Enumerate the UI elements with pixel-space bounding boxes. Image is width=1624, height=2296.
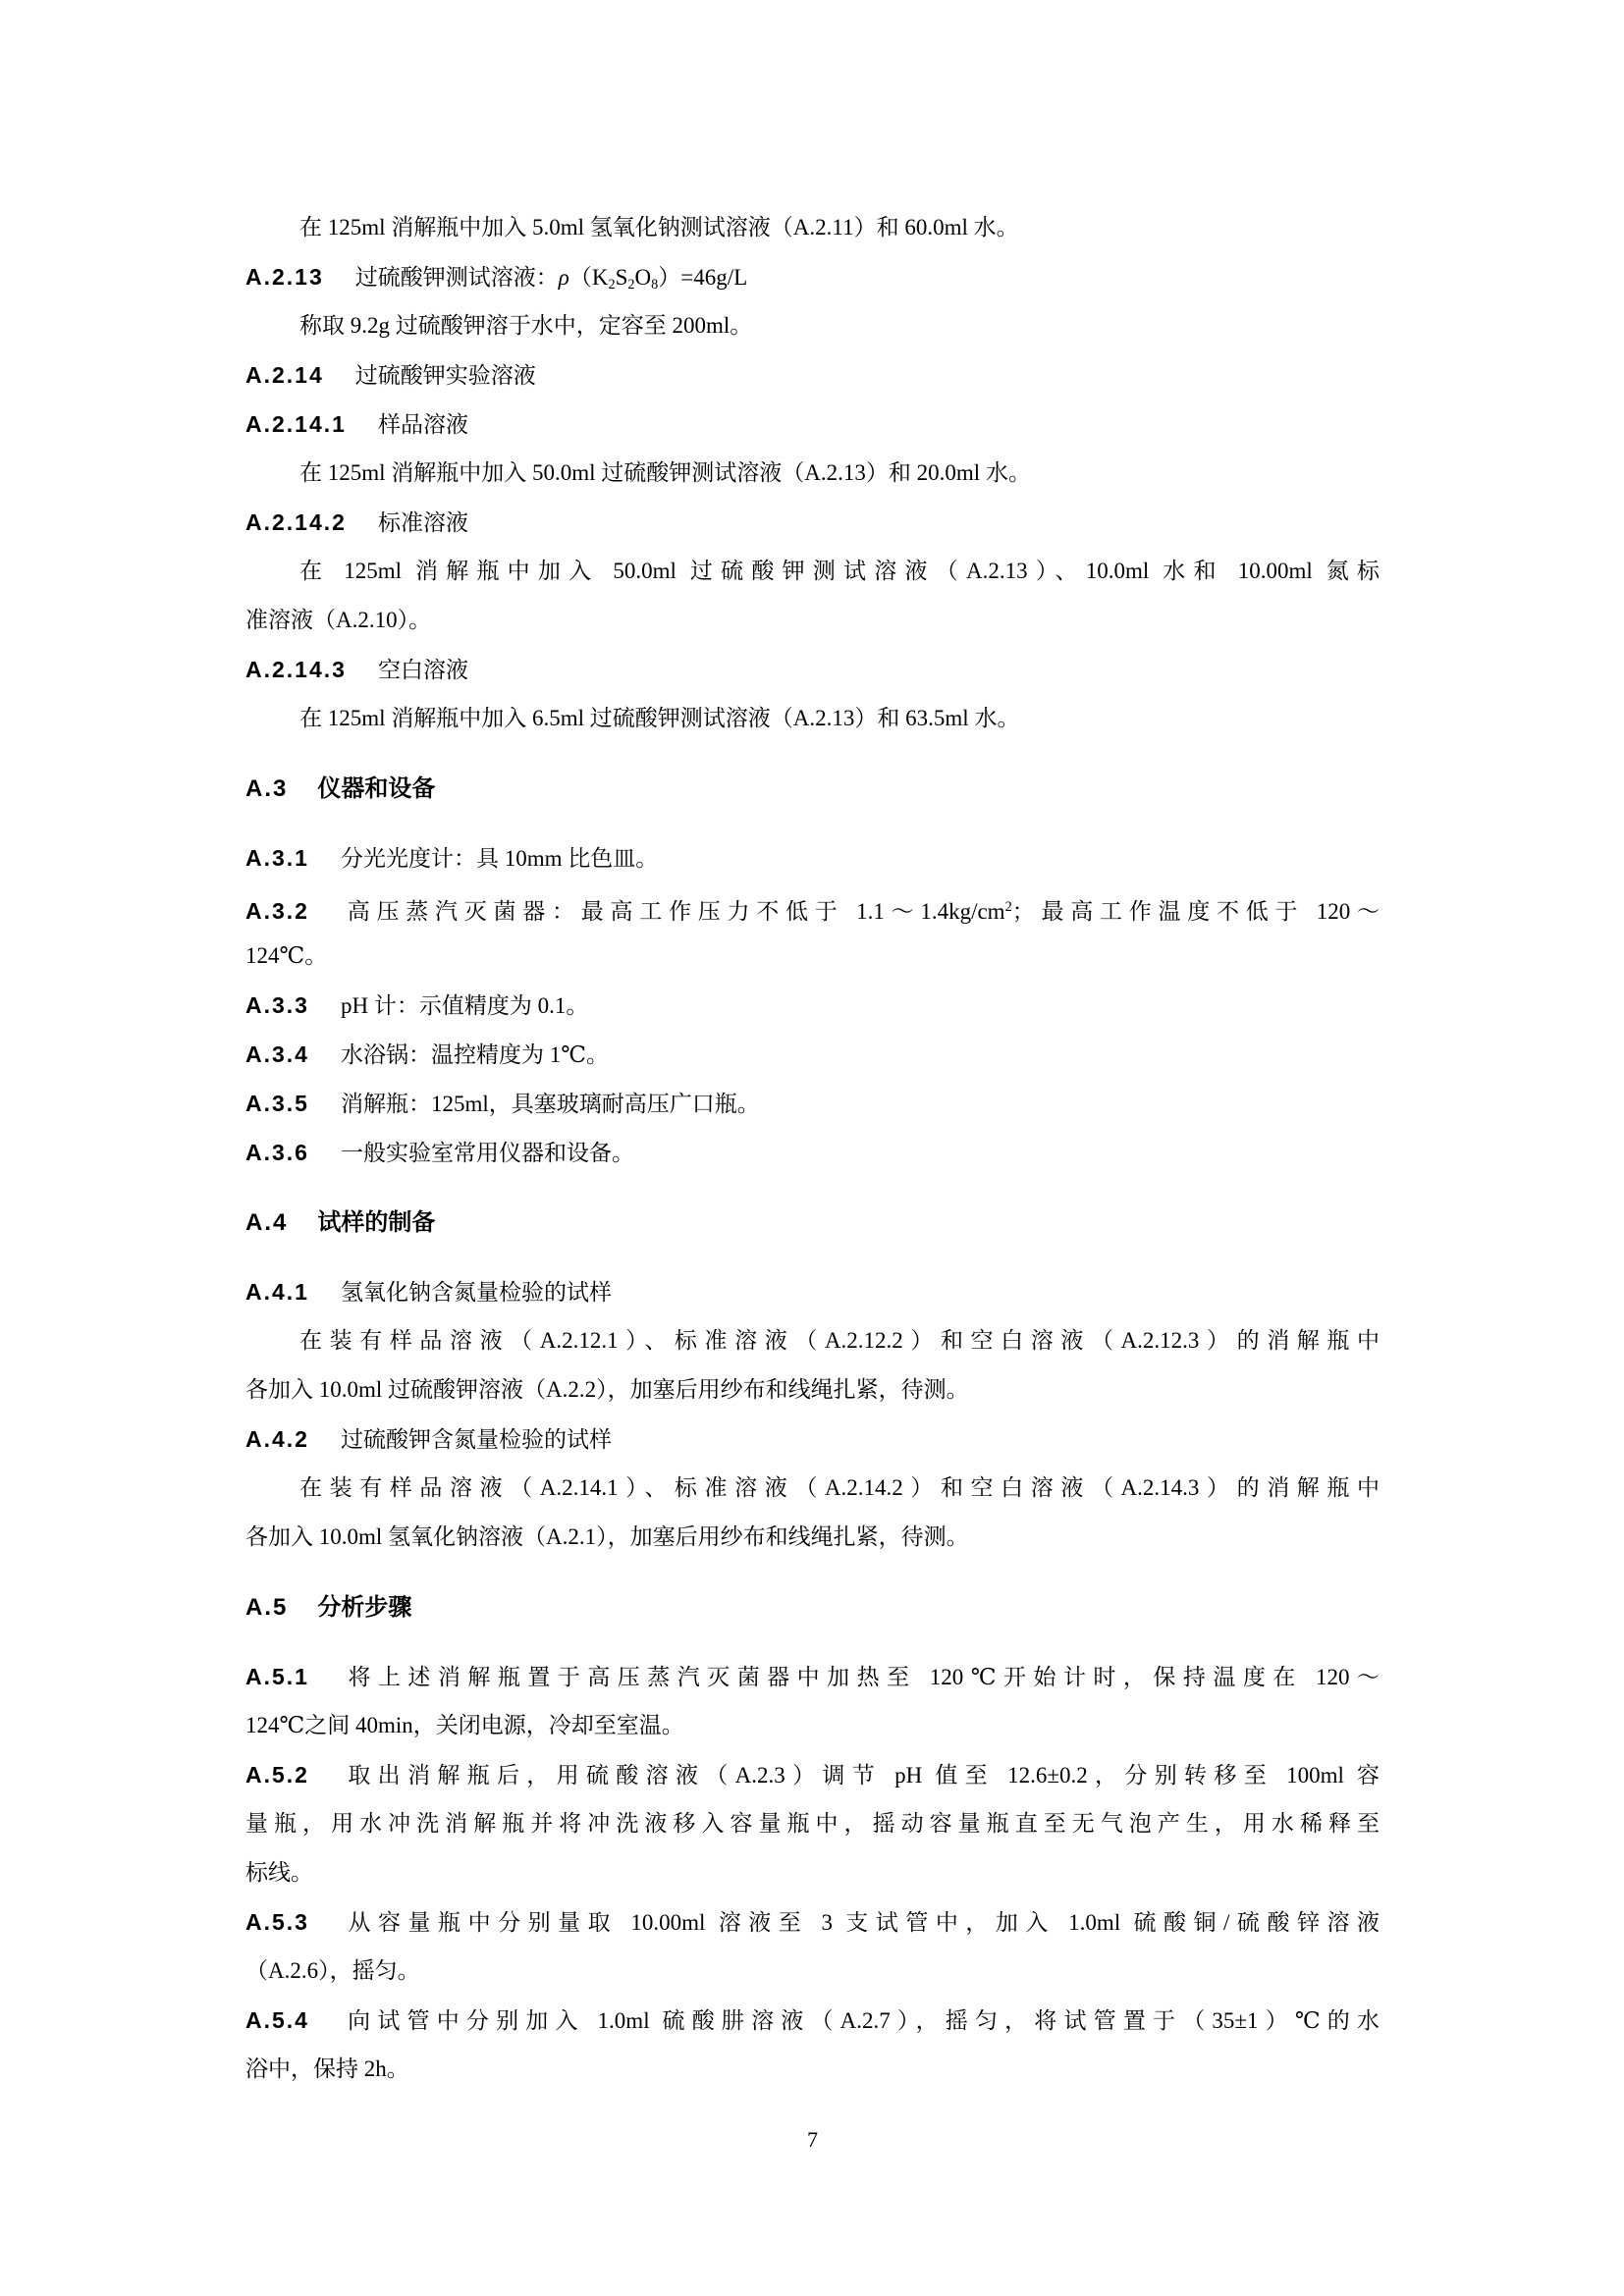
page-number-text: 7 (807, 2127, 818, 2152)
para-a5-3-line2: （A.2.6），摇匀。 (245, 1947, 1380, 1996)
para-text: 称取 9.2g 过硫酸钾溶于水中，定容至 200ml。 (299, 313, 752, 338)
clause-number: A.2.14 (245, 362, 324, 388)
page-content: 在 125ml 消解瓶中加入 5.0ml 氢氧化钠测试溶液（A.2.11）和 6… (0, 0, 1624, 2164)
clause-number: A.3.2 (245, 898, 309, 924)
clause-a4-2: A.4.2过硫酸钾含氮量检验的试样 (245, 1415, 1380, 1464)
section-number: A.5 (245, 1594, 288, 1621)
section-number: A.4 (245, 1209, 288, 1236)
para-text: 各加入 10.0ml 氢氧化钠溶液（A.2.1），加塞后用纱布和线绳扎紧，待测。 (245, 1524, 969, 1549)
clause-a3-6: A.3.6一般实验室常用仪器和设备。 (245, 1128, 1380, 1177)
clause-number: A.2.13 (245, 264, 324, 290)
clause-number: A.2.14.2 (245, 509, 347, 535)
clause-title: 过硫酸钾实验溶液 (355, 363, 536, 388)
formula-text: （K (569, 265, 609, 290)
para-text: 在装有样品溶液（A.2.12.1）、标准溶液（A.2.12.2）和空白溶液（A.… (299, 1328, 1380, 1353)
para-a4-2-line1: 在装有样品溶液（A.2.14.1）、标准溶液（A.2.14.2）和空白溶液（A.… (245, 1464, 1380, 1513)
section-heading-a3: A.3仪器和设备 (245, 765, 1380, 814)
para-naoh-test-solution: 在 125ml 消解瓶中加入 5.0ml 氢氧化钠测试溶液（A.2.11）和 6… (245, 203, 1380, 252)
section-number: A.3 (245, 775, 288, 802)
para-a2-14-1: 在 125ml 消解瓶中加入 50.0ml 过硫酸钾测试溶液（A.2.13）和 … (245, 449, 1380, 498)
para-a4-2-line2: 各加入 10.0ml 氢氧化钠溶液（A.2.1），加塞后用纱布和线绳扎紧，待测。 (245, 1513, 1380, 1562)
document-page: 在 125ml 消解瓶中加入 5.0ml 氢氧化钠测试溶液（A.2.11）和 6… (0, 0, 1624, 2296)
clause-a3-1: A.3.1分光光度计：具 10mm 比色皿。 (245, 833, 1380, 882)
para-text: 在 125ml 消解瓶中加入 50.0ml 过硫酸钾测试溶液（A.2.13）、1… (299, 559, 1380, 583)
clause-a3-4: A.3.4水浴锅：温控精度为 1℃。 (245, 1030, 1380, 1079)
clause-a5-2: A.5.2取出消解瓶后，用硫酸溶液（A.2.3）调节 pH 值至 12.6±0.… (245, 1750, 1380, 1799)
clause-number: A.3.4 (245, 1041, 309, 1067)
para-text: 标线。 (245, 1860, 313, 1885)
para-a5-2-line3: 标线。 (245, 1848, 1380, 1897)
para-a2-14-2-line1: 在 125ml 消解瓶中加入 50.0ml 过硫酸钾测试溶液（A.2.13）、1… (245, 547, 1380, 596)
clause-text: ；最高工作温度不低于 120～ (1012, 899, 1380, 924)
section-title: 分析步骤 (317, 1594, 411, 1621)
clause-number: A.3.1 (245, 845, 309, 871)
para-text: 在 125ml 消解瓶中加入 50.0ml 过硫酸钾测试溶液（A.2.13）和 … (299, 460, 1031, 485)
page-number: 7 (245, 2115, 1380, 2164)
clause-a2-14-2: A.2.14.2标准溶液 (245, 498, 1380, 547)
clause-text: 一般实验室常用仪器和设备。 (341, 1141, 634, 1165)
clause-number: A.5.3 (245, 1909, 309, 1935)
para-text: 浴中，保持 2h。 (245, 2056, 409, 2081)
para-text: 准溶液（A.2.10）。 (245, 608, 431, 632)
clause-a2-14-1: A.2.14.1样品溶液 (245, 400, 1380, 449)
clause-text: 向试管中分别加入 1.0ml 硫酸肼溶液（A.2.7），摇匀，将试管置于（35±… (341, 2008, 1380, 2033)
clause-a4-1: A.4.1氢氧化钠含氮量检验的试样 (245, 1267, 1380, 1316)
para-a3-2-line2: 124℃。 (245, 932, 1380, 981)
clause-text: 水浴锅：温控精度为 1℃。 (341, 1042, 609, 1067)
clause-a5-1: A.5.1将上述消解瓶置于高压蒸汽灭菌器中加热至 120℃开始计时，保持温度在 … (245, 1652, 1380, 1701)
clause-a5-3: A.5.3从容量瓶中分别量取 10.00ml 溶液至 3 支试管中，加入 1.0… (245, 1897, 1380, 1947)
clause-number: A.2.14.3 (245, 657, 347, 682)
para-text: 各加入 10.0ml 过硫酸钾溶液（A.2.2），加塞后用纱布和线绳扎紧，待测。 (245, 1377, 969, 1402)
para-text: 124℃。 (245, 943, 327, 968)
para-text: 量瓶，用水冲洗消解瓶并将冲洗液移入容量瓶中，摇动容量瓶直至无气泡产生，用水稀释至 (245, 1811, 1380, 1836)
clause-text: 取出消解瓶后，用硫酸溶液（A.2.3）调节 pH 值至 12.6±0.2，分别转… (341, 1763, 1380, 1788)
clause-a5-4: A.5.4向试管中分别加入 1.0ml 硫酸肼溶液（A.2.7），摇匀，将试管置… (245, 1996, 1380, 2045)
clause-title: 标准溶液 (378, 510, 468, 535)
clause-a3-5: A.3.5消解瓶：125ml，具塞玻璃耐高压广口瓶。 (245, 1079, 1380, 1128)
clause-a2-13: A.2.13过硫酸钾测试溶液：ρ（K2S2O8）=46g/L (245, 252, 1380, 301)
para-a5-2-line2: 量瓶，用水冲洗消解瓶并将冲洗液移入容量瓶中，摇动容量瓶直至无气泡产生，用水稀释至 (245, 1799, 1380, 1848)
para-a2-13: 称取 9.2g 过硫酸钾溶于水中，定容至 200ml。 (245, 301, 1380, 350)
clause-text: 高压蒸汽灭菌器：最高工作压力不低于 1.1～1.4kg/cm (341, 899, 1005, 924)
clause-a2-14-3: A.2.14.3空白溶液 (245, 645, 1380, 694)
formula-text: O (634, 265, 651, 290)
para-text: 在 125ml 消解瓶中加入 5.0ml 氢氧化钠测试溶液（A.2.11）和 6… (299, 215, 1019, 240)
para-a5-1-line2: 124℃之间 40min，关闭电源，冷却至室温。 (245, 1701, 1380, 1750)
formula-text: ）=46g/L (658, 265, 747, 290)
clause-text: 从容量瓶中分别量取 10.00ml 溶液至 3 支试管中，加入 1.0ml 硫酸… (341, 1910, 1380, 1935)
clause-text: 过硫酸钾测试溶液： (355, 265, 559, 290)
clause-a3-2: A.3.2高压蒸汽灭菌器：最高工作压力不低于 1.1～1.4kg/cm2；最高工… (245, 882, 1380, 932)
clause-text: 将上述消解瓶置于高压蒸汽灭菌器中加热至 120℃开始计时，保持温度在 120～ (341, 1665, 1380, 1689)
para-a5-4-line2: 浴中，保持 2h。 (245, 2045, 1380, 2094)
section-heading-a4: A.4试样的制备 (245, 1199, 1380, 1248)
para-text: 在装有样品溶液（A.2.14.1）、标准溶液（A.2.14.2）和空白溶液（A.… (299, 1475, 1380, 1500)
clause-title: 氢氧化钠含氮量检验的试样 (341, 1280, 612, 1305)
clause-a2-14: A.2.14过硫酸钾实验溶液 (245, 350, 1380, 400)
subscript: 2 (608, 277, 615, 293)
para-a4-1-line1: 在装有样品溶液（A.2.12.1）、标准溶液（A.2.12.2）和空白溶液（A.… (245, 1316, 1380, 1365)
clause-number: A.5.2 (245, 1762, 309, 1788)
clause-a3-3: A.3.3pH 计：示值精度为 0.1。 (245, 981, 1380, 1030)
section-heading-a5: A.5分析步骤 (245, 1583, 1380, 1632)
section-title: 试样的制备 (317, 1209, 435, 1236)
clause-title: 样品溶液 (378, 412, 468, 437)
section-title: 仪器和设备 (317, 775, 435, 802)
para-a2-14-3: 在 125ml 消解瓶中加入 6.5ml 过硫酸钾测试溶液（A.2.13）和 6… (245, 694, 1380, 743)
clause-number: A.3.6 (245, 1140, 309, 1165)
clause-title: 空白溶液 (378, 658, 468, 682)
superscript: 2 (1005, 899, 1012, 915)
rho-symbol: ρ (559, 265, 569, 290)
para-a2-14-2-line2: 准溶液（A.2.10）。 (245, 596, 1380, 645)
clause-title: 过硫酸钾含氮量检验的试样 (341, 1427, 612, 1452)
clause-number: A.5.1 (245, 1664, 309, 1689)
clause-number: A.5.4 (245, 2007, 309, 2033)
para-text: （A.2.6），摇匀。 (245, 1958, 420, 1983)
clause-text: 消解瓶：125ml，具塞玻璃耐高压广口瓶。 (341, 1092, 760, 1116)
para-text: 124℃之间 40min，关闭电源，冷却至室温。 (245, 1713, 684, 1737)
clause-number: A.2.14.1 (245, 411, 347, 437)
clause-number: A.3.3 (245, 992, 309, 1018)
clause-number: A.3.5 (245, 1091, 309, 1116)
clause-text: pH 计：示值精度为 0.1。 (341, 993, 588, 1018)
para-text: 在 125ml 消解瓶中加入 6.5ml 过硫酸钾测试溶液（A.2.13）和 6… (299, 706, 1019, 730)
clause-number: A.4.2 (245, 1426, 309, 1452)
para-a4-1-line2: 各加入 10.0ml 过硫酸钾溶液（A.2.2），加塞后用纱布和线绳扎紧，待测。 (245, 1365, 1380, 1415)
formula-text: S (616, 265, 628, 290)
clause-text: 分光光度计：具 10mm 比色皿。 (341, 846, 658, 871)
clause-number: A.4.1 (245, 1279, 309, 1305)
